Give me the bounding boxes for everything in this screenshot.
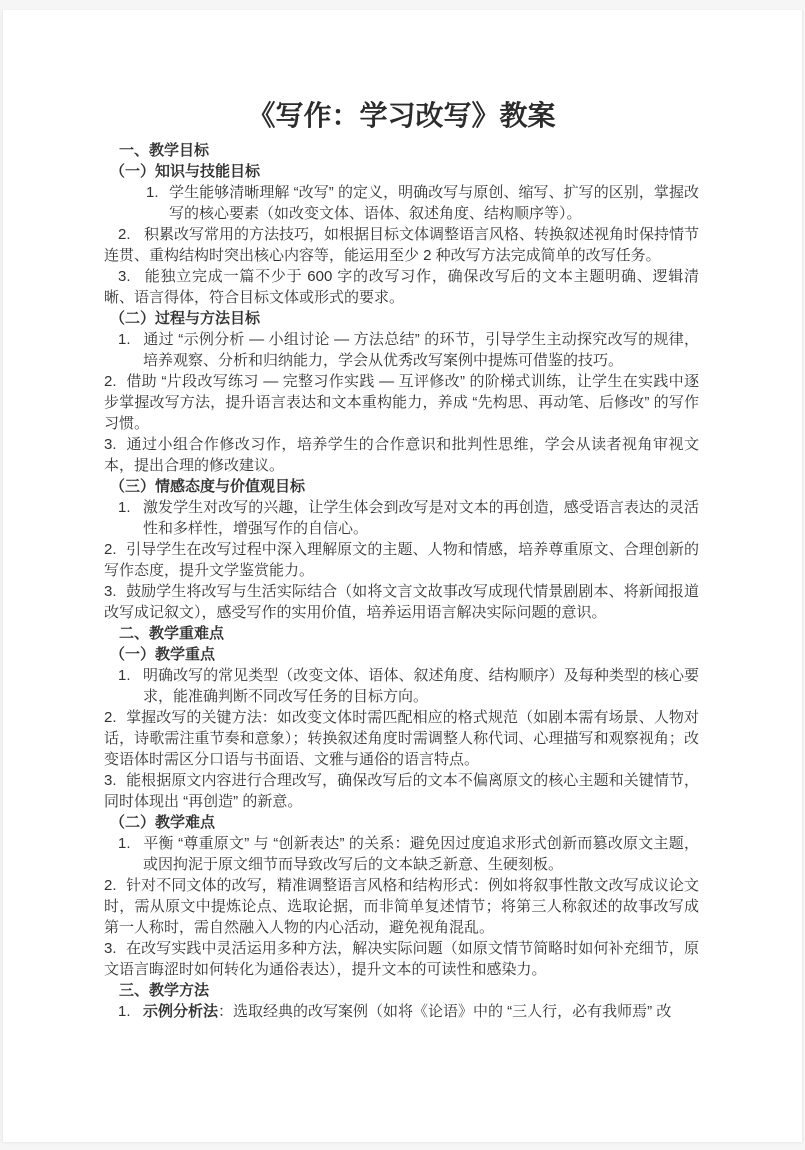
list-item: 1.通过 “示例分析 — 小组讨论 — 方法总结” 的环节，引导学生主动探究改写… bbox=[104, 329, 699, 371]
list-marker: 3. bbox=[104, 770, 126, 791]
page-sheet: 《写作：学习改写》教案 一、教学目标（一）知识与技能目标1.学生能够清晰理解 “… bbox=[2, 10, 803, 1142]
heading-2: （三）情感态度与价值观目标 bbox=[104, 476, 699, 497]
list-marker: 3. bbox=[118, 266, 144, 287]
paragraph: 2.借助 “片段改写练习 — 完整习作实践 — 互评修改” 的阶梯式训练，让学生… bbox=[104, 371, 699, 434]
page-content: 《写作：学习改写》教案 一、教学目标（一）知识与技能目标1.学生能够清晰理解 “… bbox=[3, 10, 802, 1022]
paragraph: 3.能独立完成一篇不少于 600 字的改写习作，确保改写后的文本主题明确、逻辑清… bbox=[104, 266, 699, 308]
heading-2: （一）教学重点 bbox=[104, 644, 699, 665]
heading-1: 三、教学方法 bbox=[104, 980, 699, 1001]
list-marker: 1. bbox=[118, 329, 143, 350]
document-body: 一、教学目标（一）知识与技能目标1.学生能够清晰理解 “改写” 的定义，明确改写… bbox=[104, 140, 699, 1022]
paragraph: 2.引导学生在改写过程中深入理解原文的主题、人物和情感，培养尊重原文、合理创新的… bbox=[104, 539, 699, 581]
list-item: 1.示例分析法：选取经典的改写案例（如将《论语》中的 “三人行，必有我师焉” 改 bbox=[104, 1001, 699, 1022]
paragraph: 3.通过小组合作修改习作，培养学生的合作意识和批判性思维，学会从读者视角审视文本… bbox=[104, 434, 699, 476]
list-marker: 2. bbox=[104, 875, 126, 896]
heading-1: 二、教学重难点 bbox=[104, 623, 699, 644]
list-marker: 3. bbox=[104, 434, 126, 455]
list-item: 1.平衡 “尊重原文” 与 “创新表达” 的关系：避免因过度追求形式创新而篡改原… bbox=[104, 833, 699, 875]
paragraph: 2.积累改写常用的方法技巧，如根据目标文体调整语言风格、转换叙述视角时保持情节连… bbox=[104, 224, 699, 266]
list-marker: 2. bbox=[104, 371, 126, 392]
list-item: 1.学生能够清晰理解 “改写” 的定义，明确改写与原创、缩写、扩写的区别，掌握改… bbox=[104, 182, 699, 224]
list-marker: 2. bbox=[104, 707, 126, 728]
paragraph: 3.在改写实践中灵活运用多种方法，解决实际问题（如原文情节简略时如何补充细节，原… bbox=[104, 938, 699, 980]
heading-2: （二）过程与方法目标 bbox=[104, 308, 699, 329]
list-marker: 1. bbox=[118, 497, 143, 518]
list-marker: 1. bbox=[118, 833, 143, 854]
list-marker: 3. bbox=[104, 938, 126, 959]
heading-2: （一）知识与技能目标 bbox=[104, 161, 699, 182]
list-item: 1.明确改写的常见类型（改变文体、语体、叙述角度、结构顺序）及每种类型的核心要求… bbox=[104, 665, 699, 707]
list-marker: 1. bbox=[118, 1001, 143, 1022]
list-marker: 1. bbox=[146, 182, 169, 203]
list-marker: 2. bbox=[118, 224, 144, 245]
paragraph: 3.鼓励学生将改写与生活实际结合（如将文言文故事改写成现代情景剧剧本、将新闻报道… bbox=[104, 581, 699, 623]
paragraph: 2.掌握改写的关键方法：如改变文体时需匹配相应的格式规范（如剧本需有场景、人物对… bbox=[104, 707, 699, 770]
paragraph: 3.能根据原文内容进行合理改写，确保改写后的文本不偏离原文的核心主题和关键情节，… bbox=[104, 770, 699, 812]
bold-term: 示例分析法 bbox=[143, 1003, 218, 1020]
list-item: 1.激发学生对改写的兴趣，让学生体会到改写是对文本的再创造，感受语言表达的灵活性… bbox=[104, 497, 699, 539]
list-marker: 3. bbox=[104, 581, 126, 602]
document-title: 《写作：学习改写》教案 bbox=[104, 96, 699, 136]
paragraph: 2.针对不同文体的改写，精准调整语言风格和结构形式：例如将叙事性散文改写成议论文… bbox=[104, 875, 699, 938]
list-marker: 2. bbox=[104, 539, 126, 560]
list-marker: 1. bbox=[118, 665, 143, 686]
heading-1: 一、教学目标 bbox=[104, 140, 699, 161]
heading-2: （二）教学难点 bbox=[104, 812, 699, 833]
